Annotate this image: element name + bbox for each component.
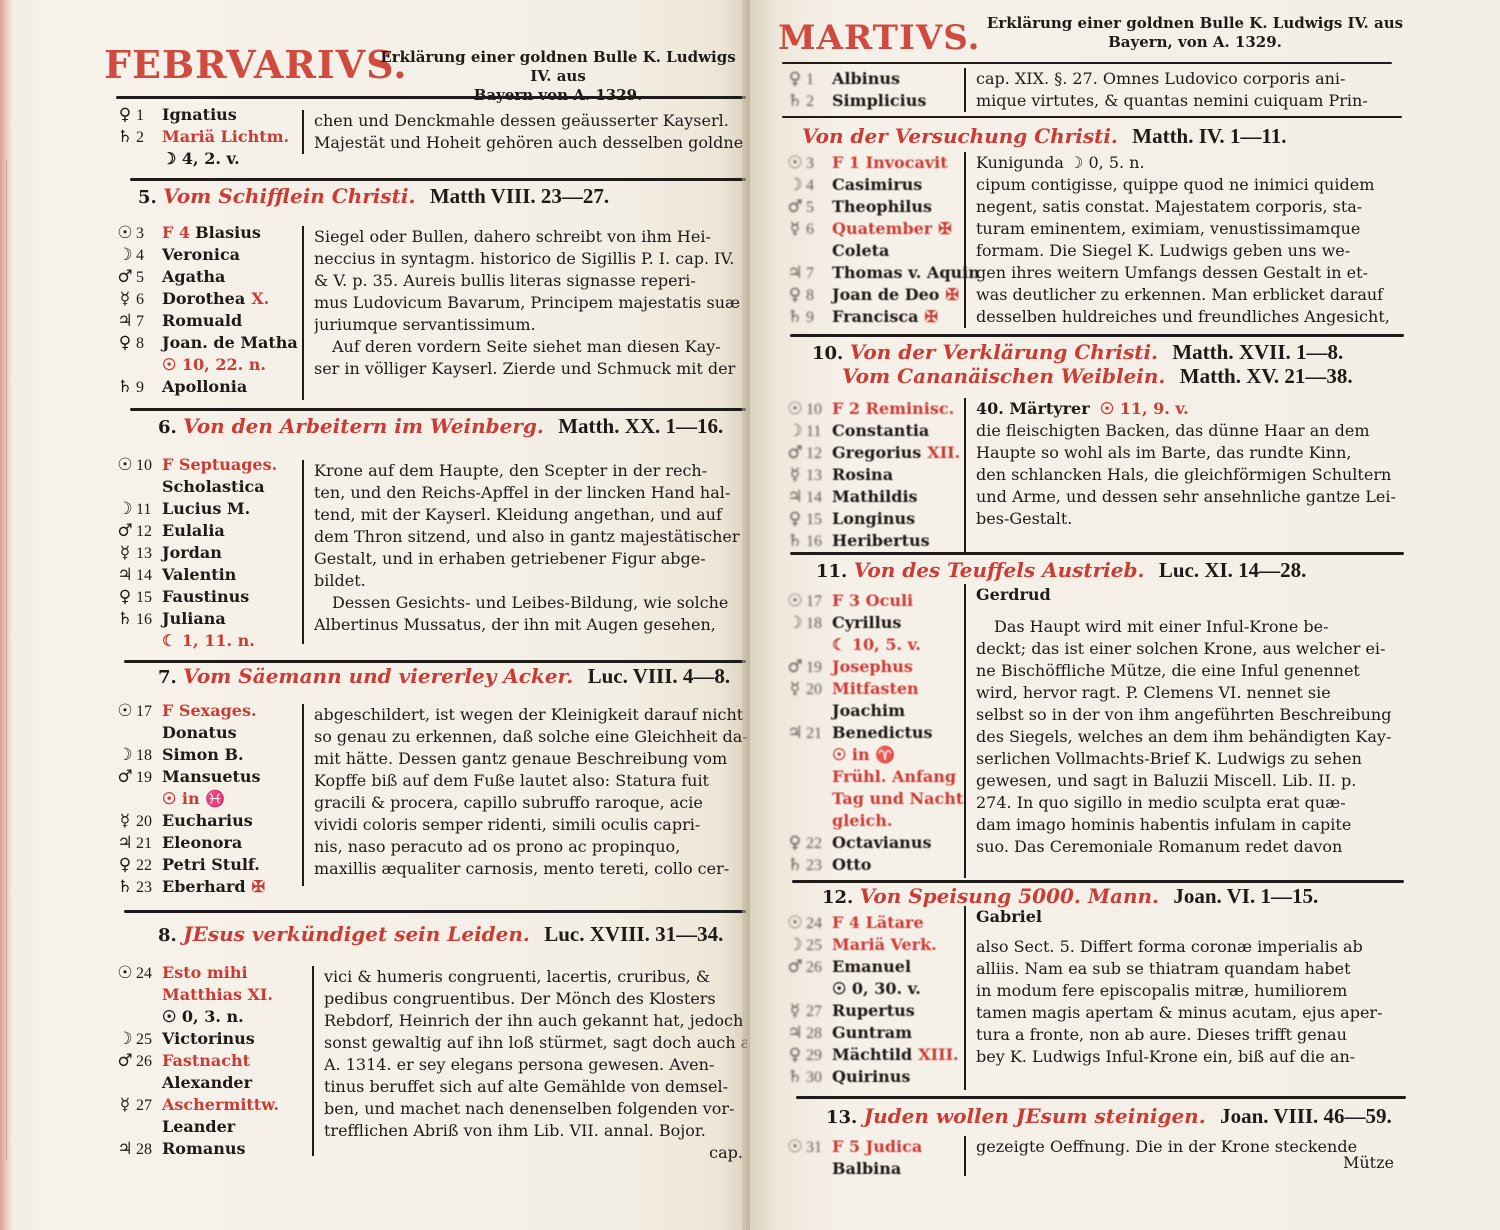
mercury-icon: ☿ xyxy=(784,218,806,240)
text-line: neccius in syntagm. historico de Sigilli… xyxy=(314,248,747,270)
day-list: ☉17F 3 Oculi ☽18Cyrillus ☾ 10, 5. v. ♂19… xyxy=(784,590,963,876)
text-line: dam imago hominis habentis infulam in ca… xyxy=(976,814,1404,836)
section-rule xyxy=(792,880,1404,883)
day-number: 11 xyxy=(806,421,832,443)
jupiter-icon: ♃ xyxy=(114,1138,136,1160)
day-number: 23 xyxy=(806,855,832,877)
moon-phase: ☉ 10, 22. n. xyxy=(162,354,266,376)
day-row: ♀8Joan. de Matha xyxy=(114,332,298,354)
saint-name: Gregorius xyxy=(832,442,921,464)
text-line: gracili & procera, capillo subruffo raro… xyxy=(314,792,747,814)
day-number: 27 xyxy=(806,1001,832,1023)
day-row: ☽4Veronica xyxy=(114,244,298,266)
saint-name: Agatha xyxy=(162,266,225,288)
sunday-heading: 7. Vom Säemann und viererley Acker. Luc.… xyxy=(158,664,730,690)
day-number: 6 xyxy=(136,289,162,311)
day-row: ☉10F 2 Reminisc. xyxy=(784,398,960,420)
cross-icon: ✠ xyxy=(252,876,265,898)
sun-icon: ☉ xyxy=(114,700,136,722)
text-line: alliis. Nam ea sub se thiatram quandam h… xyxy=(976,958,1404,980)
moon-icon: ☽ xyxy=(114,1028,136,1050)
moon-phase: ☉ 0, 3. n. xyxy=(162,1006,244,1028)
header-rule xyxy=(782,62,1392,64)
planet-saturn-icon: ♄ xyxy=(114,126,136,148)
saint-name: Scholastica xyxy=(162,476,265,498)
sunday-heading: 5. Vom Schifflein Christi. Matth VIII. 2… xyxy=(138,184,609,210)
text-line: 274. In quo sigillo in medio sculpta era… xyxy=(976,792,1404,814)
saint-name: Otto xyxy=(832,854,871,876)
text-line: ten, und den Reichs-Apffel in der lincke… xyxy=(314,482,747,504)
saint-name: Eleonora xyxy=(162,832,242,854)
feast-name: F 4 Lätare xyxy=(832,912,924,934)
saint-name: Veronica xyxy=(162,244,240,266)
jupiter-icon: ♃ xyxy=(114,310,136,332)
text-line: pedibus congruentibus. Der Mönch des Klo… xyxy=(324,988,747,1010)
feast-name: Fastnacht xyxy=(162,1050,250,1072)
zodiac-row: ☉ in ♈ xyxy=(784,744,963,766)
equinox-row: Tag und Nacht xyxy=(784,788,963,810)
day-number: 10 xyxy=(806,399,832,421)
day-row: ♃28Romanus xyxy=(114,1138,279,1160)
day-number: 21 xyxy=(136,833,162,855)
saint-name: Romuald xyxy=(162,310,242,332)
saint-name: Lucius M. xyxy=(162,498,250,520)
day-row: ☿20Eucharius xyxy=(114,810,265,832)
text-line: juriumque servantissimum. xyxy=(314,314,747,336)
day-list: ☉17F Sexages. Donatus ☽18Simon B. ♂19Man… xyxy=(114,700,265,898)
day-row: ☉24Esto mihi xyxy=(114,962,279,984)
day-number: 3 xyxy=(136,223,162,245)
saint-name: Heribertus xyxy=(832,530,930,552)
text-heading-line: 40. Märtyrer ☉ 11, 9. v. xyxy=(976,398,1404,420)
saint-name: Victorinus xyxy=(162,1028,255,1050)
section-rule xyxy=(790,552,1404,555)
text-line: Dessen Gesichts- und Leibes-Bildung, wie… xyxy=(314,592,747,614)
day-row: ♃28Guntram xyxy=(784,1022,959,1044)
day-number: 15 xyxy=(136,587,162,609)
gospel-title: Von der Verklärung Christi. xyxy=(850,340,1158,364)
saint-name: Constantia xyxy=(832,420,929,442)
saint-name: Quirinus xyxy=(832,1066,910,1088)
day-row: ♂19Mansuetus xyxy=(114,766,265,788)
text-column: vici & humeris congruenti, lacertis, cru… xyxy=(312,966,747,1156)
day-row: ☽18Cyrillus xyxy=(784,612,963,634)
day-list: ☉24F 4 Lätare ☽25Mariä Verk. ♂26Emanuel … xyxy=(784,912,959,1088)
day-number: 18 xyxy=(806,613,832,635)
saint-name-gertrud: Gerdrud xyxy=(976,584,1404,606)
saturn-icon: ♄ xyxy=(784,306,806,328)
venus-icon: ♀ xyxy=(114,854,136,876)
day-row: ♂26Fastnacht xyxy=(114,1050,279,1072)
day-list: ☉31F 5 Judica Balbina xyxy=(784,1136,922,1180)
day-row: ☉31F 5 Judica xyxy=(784,1136,922,1158)
day-number: 7 xyxy=(806,263,832,285)
saint-name: Simplicius xyxy=(832,90,926,112)
left-page-februarius: FEBRVARIVS. Erklärung einer goldnen Bull… xyxy=(0,0,750,1230)
text-line: cap. XIX. §. 27. Omnes Ludovico corporis… xyxy=(976,68,1404,90)
text-line: nis, naso peracuto ad os prono ac propin… xyxy=(314,836,747,858)
text-column: chen und Denckmahle dessen geäusserter K… xyxy=(302,110,747,154)
saint-name: Juliana xyxy=(162,608,226,630)
text-column: Gerdrud Das Haupt wird mit einer Inful-K… xyxy=(964,584,1404,878)
venus-icon: ♀ xyxy=(114,332,136,354)
day-row: Alexander xyxy=(114,1072,279,1094)
day-number: 22 xyxy=(806,833,832,855)
day-row: ♃14Valentin xyxy=(114,564,277,586)
moon-phase: ☉ 11, 9. v. xyxy=(1100,399,1189,418)
day-row: ♃14Mathildis xyxy=(784,486,960,508)
scripture-reference: Luc. VIII. 4—8. xyxy=(588,664,731,688)
text-line: bey K. Ludwigs Inful-Krone ein, biß auf … xyxy=(976,1046,1404,1068)
text-line: gezeigte Oeffnung. Die in der Krone stec… xyxy=(976,1136,1404,1158)
text-line: Das Haupt wird mit einer Inful-Krone be- xyxy=(976,616,1404,638)
page-edge-line xyxy=(6,160,7,1160)
saturn-icon: ♄ xyxy=(784,90,806,112)
zodiac-row: ☉ in ♓ xyxy=(114,788,265,810)
day-row: ♂5Agatha xyxy=(114,266,298,288)
jupiter-icon: ♃ xyxy=(784,486,806,508)
text-line: desselben huldreiches und freundliches A… xyxy=(976,306,1404,328)
day-number: 29 xyxy=(806,1045,832,1067)
jupiter-icon: ♃ xyxy=(114,832,136,854)
saint-name: Octavianus xyxy=(832,832,931,854)
jupiter-icon: ♃ xyxy=(784,262,806,284)
day-number: 28 xyxy=(136,1139,162,1161)
text-line: tura a fronte, non ab aure. Dieses triff… xyxy=(976,1024,1404,1046)
day-number: 24 xyxy=(136,963,162,985)
scripture-reference: Luc. XI. 14—28. xyxy=(1159,558,1307,582)
gospel-title: JEsus verkündiget sein Leiden. xyxy=(183,922,530,946)
day-row: Scholastica xyxy=(114,476,277,498)
text-line: cipum contigisse, quippe quod ne inimici… xyxy=(976,174,1404,196)
section-rule xyxy=(124,660,746,663)
saint-name-gabriel: Gabriel xyxy=(976,906,1404,928)
day-list: ☉10F Septuages. Scholastica ☽11Lucius M.… xyxy=(114,454,277,652)
text-line: turam eminentem, eximiam, venustissimamq… xyxy=(976,218,1404,240)
text-line: Kopffe biß auf dem Fuße lautet also: Sta… xyxy=(314,770,747,792)
gospel-title: Juden wollen JEsum steinigen. xyxy=(864,1104,1206,1128)
section-rule xyxy=(124,910,746,913)
saint-name: Blasius xyxy=(195,222,261,244)
day-number: 24 xyxy=(806,913,832,935)
venus-icon: ♀ xyxy=(114,586,136,608)
section-rule xyxy=(130,178,746,181)
text-line: chen und Denckmahle dessen geäusserter K… xyxy=(314,110,747,132)
day-list: ♀1Albinus ♄2Simplicius xyxy=(784,68,926,112)
day-note: XII. xyxy=(927,442,960,464)
sun-in-pisces: ☉ in ♓ xyxy=(162,788,225,810)
sunday-heading: 8. JEsus verkündiget sein Leiden. Luc. X… xyxy=(158,922,723,948)
martyrs-feast: 40. Märtyrer xyxy=(976,399,1090,418)
sunday-heading: 10. Von der Verklärung Christi. Matth. X… xyxy=(812,340,1343,366)
day-row: ☽18Simon B. xyxy=(114,744,265,766)
day-number: 28 xyxy=(806,1023,832,1045)
week-number: 13. xyxy=(826,1107,857,1128)
saint-name: Francisca xyxy=(832,306,918,328)
moon-icon: ☽ xyxy=(784,934,806,956)
saint-name: Petri Stulf. xyxy=(162,854,260,876)
gospel-title: Von des Teuffels Austrieb. xyxy=(854,558,1145,582)
feast-name: Quatember xyxy=(832,218,932,240)
month-title: FEBRVARIVS. xyxy=(104,42,407,87)
saint-name: Longinus xyxy=(832,508,915,530)
feast-name: Mariä Lichtm. xyxy=(162,126,289,148)
day-row: ☉10F Septuages. xyxy=(114,454,277,476)
text-line: die fleischigten Backen, das dünne Haar … xyxy=(976,420,1404,442)
saturn-icon: ♄ xyxy=(114,608,136,630)
equinox-row: gleich. xyxy=(784,810,963,832)
saint-name: Faustinus xyxy=(162,586,249,608)
saint-name: Ignatius xyxy=(162,104,237,126)
text-line: gewesen, und sagt in Baluzii Miscell. Li… xyxy=(976,770,1404,792)
equinox-note: Tag und Nacht xyxy=(832,788,963,810)
saint-name: Rosina xyxy=(832,464,893,486)
moon-phase-row: ☾ 10, 5. v. xyxy=(784,634,963,656)
text-line: Auf deren vordern Seite siehet man diese… xyxy=(314,336,747,358)
day-row: Coleta xyxy=(784,240,980,262)
text-line: wird, hervor ragt. P. Clemens VI. nennet… xyxy=(976,682,1404,704)
text-line: abgeschildert, ist wegen der Kleinigkeit… xyxy=(314,704,747,726)
day-row: ♀22Petri Stulf. xyxy=(114,854,265,876)
planet-venus-icon: ♀ xyxy=(114,104,136,126)
text-line: ser in völliger Kayserl. Zierde und Schm… xyxy=(314,358,747,380)
text-line: tamen magis apertam & minus acutam, ejus… xyxy=(976,1002,1404,1024)
day-row: ☽11Constantia xyxy=(784,420,960,442)
feast-name: F Sexages. xyxy=(162,700,257,722)
moon-phase: ☽ 4, 2. v. xyxy=(162,148,240,170)
day-row: ☽11Lucius M. xyxy=(114,498,277,520)
saint-name: Joan de Deo xyxy=(832,284,939,306)
day-row: ♀1Ignatius xyxy=(114,104,289,126)
day-row: ♀29MächtildXIII. xyxy=(784,1044,959,1066)
moon-phase: ☉ 0, 30. v. xyxy=(832,978,921,1000)
jupiter-icon: ♃ xyxy=(114,564,136,586)
day-number: 15 xyxy=(806,509,832,531)
moon-phase: ☾ 1, 11. n. xyxy=(162,630,255,652)
day-row: ♂12GregoriusXII. xyxy=(784,442,960,464)
day-row: ♄23Otto xyxy=(784,854,963,876)
text-line: Rebdorf, Heinrich der ihn auch gekannt h… xyxy=(324,1010,747,1032)
week-number: 11. xyxy=(816,561,847,582)
day-number: 25 xyxy=(806,935,832,957)
day-row: ☉17F Sexages. xyxy=(114,700,265,722)
week-number: 5. xyxy=(138,187,157,208)
day-number: 20 xyxy=(136,811,162,833)
sun-in-aries: ☉ in ♈ xyxy=(832,744,895,766)
feast-name: Matthias XI. xyxy=(162,984,273,1006)
day-number: 1 xyxy=(136,105,162,127)
gospel-title: Vom Säemann und viererley Acker. xyxy=(183,664,573,688)
text-line: mit hätte. Dessen gantz genaue Beschreib… xyxy=(314,748,747,770)
day-row: ♂12Eulalia xyxy=(114,520,277,542)
week-number: 12. xyxy=(822,887,853,908)
day-row: ♄2Simplicius xyxy=(784,90,926,112)
day-number: 4 xyxy=(806,175,832,197)
saint-name: Coleta xyxy=(832,240,889,262)
saint-name: Alexander xyxy=(162,1072,252,1094)
day-list: ☉10F 2 Reminisc. ☽11Constantia ♂12Gregor… xyxy=(784,398,960,552)
gospel-title: Von den Arbeitern im Weinberg. xyxy=(183,414,544,438)
sunday-heading: Von der Versuchung Christi. Matth. IV. 1… xyxy=(802,124,1286,148)
day-list: ♀1Ignatius ♄2Mariä Lichtm. ☽ 4, 2. v. xyxy=(114,104,289,170)
day-number: 10 xyxy=(136,455,162,477)
sun-icon: ☉ xyxy=(784,912,806,934)
venus-icon: ♀ xyxy=(784,832,806,854)
mars-icon: ♂ xyxy=(784,196,806,218)
saint-name: Eucharius xyxy=(162,810,253,832)
cross-icon: ✠ xyxy=(945,284,958,306)
feast-name: Mitfasten xyxy=(832,678,919,700)
scripture-reference: Matth. XV. 21—38. xyxy=(1180,364,1353,388)
subtitle-line-1: Erklärung einer goldnen Bulle K. Ludwigs… xyxy=(980,14,1410,33)
day-row: ♂26Emanuel xyxy=(784,956,959,978)
saint-name: Apollonia xyxy=(162,376,247,398)
gospel-title: Von der Versuchung Christi. xyxy=(802,124,1118,148)
saint-name: Benedictus xyxy=(832,722,933,744)
text-column: Krone auf dem Haupte, den Scepter in der… xyxy=(302,460,747,644)
text-line: formam. Die Siegel K. Ludwigs geben uns … xyxy=(976,240,1404,262)
saint-name: Joachim xyxy=(832,700,905,722)
equinox-note: gleich. xyxy=(832,810,892,832)
day-number: 8 xyxy=(806,285,832,307)
venus-icon: ♀ xyxy=(784,284,806,306)
mars-icon: ♂ xyxy=(784,656,806,678)
saint-name: Thomas v. Aquin xyxy=(832,262,980,284)
day-row: ☉17F 3 Oculi xyxy=(784,590,963,612)
month-title: MARTIVS. xyxy=(778,18,980,58)
day-number: 17 xyxy=(806,591,832,613)
saint-name: Cyrillus xyxy=(832,612,901,634)
feast-name: F 1 Invocavit xyxy=(832,152,948,174)
day-row: ♂5Theophilus xyxy=(784,196,980,218)
text-line: Gestalt, und in erhaben getriebener Figu… xyxy=(314,548,747,570)
text-line: Majestät und Hoheit gehören auch desselb… xyxy=(314,132,747,154)
mars-icon: ♂ xyxy=(784,442,806,464)
sun-icon: ☉ xyxy=(784,152,806,174)
day-row: ☿6DorotheaX. xyxy=(114,288,298,310)
saint-name: Emanuel xyxy=(832,956,911,978)
scripture-reference: Matth. IV. 1—11. xyxy=(1132,124,1286,148)
scripture-reference: Joan. VI. 1—15. xyxy=(1173,884,1318,908)
day-number: 4 xyxy=(136,245,162,267)
saint-name: Rupertus xyxy=(832,1000,915,1022)
day-number: 12 xyxy=(806,443,832,465)
mars-icon: ♂ xyxy=(114,266,136,288)
text-line: was deutlicher zu erkennen. Man erblicke… xyxy=(976,284,1404,306)
day-number: 5 xyxy=(806,197,832,219)
moon-icon: ☽ xyxy=(784,612,806,634)
text-line: maxillis æqualiter carnosis, mento teret… xyxy=(314,858,747,880)
text-column: Siegel oder Bullen, dahero schreibt von … xyxy=(302,226,747,400)
day-row: Leander xyxy=(114,1116,279,1138)
mars-icon: ♂ xyxy=(114,520,136,542)
text-column: Gabriel also Sect. 5. Differt forma coro… xyxy=(964,906,1404,1090)
moon-icon: ☽ xyxy=(114,244,136,266)
feast-name: F Septuages. xyxy=(162,454,277,476)
scripture-reference: Matth VIII. 23—27. xyxy=(430,184,609,208)
day-number: 20 xyxy=(806,679,832,701)
section-rule xyxy=(790,334,1404,337)
sun-icon: ☉ xyxy=(114,454,136,476)
moon-phase: ☾ 10, 5. v. xyxy=(832,634,921,656)
saint-name: Mathildis xyxy=(832,486,918,508)
day-row: ♄23Eberhard✠ xyxy=(114,876,265,898)
saint-name: Mansuetus xyxy=(162,766,261,788)
day-number: 19 xyxy=(806,657,832,679)
day-row: ♄2Mariä Lichtm. xyxy=(114,126,289,148)
week-number: 6. xyxy=(158,417,177,438)
cross-icon: ✠ xyxy=(924,306,937,328)
scripture-reference: Matth. XVII. 1—8. xyxy=(1172,340,1343,364)
saint-name: Simon B. xyxy=(162,744,244,766)
day-row: Matthias XI. xyxy=(114,984,279,1006)
gospel-title: Vom Cananäischen Weiblein. xyxy=(842,364,1165,388)
day-number: 8 xyxy=(136,333,162,355)
text-line: Albertinus Mussatus, der ihn mit Augen g… xyxy=(314,614,747,636)
sun-icon: ☉ xyxy=(784,1136,806,1158)
day-number: 7 xyxy=(136,311,162,333)
feast-name: Mariä Verk. xyxy=(832,934,937,956)
day-row: ☿13Rosina xyxy=(784,464,960,486)
saint-name: Albinus xyxy=(832,68,900,90)
day-number: 19 xyxy=(136,767,162,789)
text-column: 40. Märtyrer ☉ 11, 9. v. die fleischigte… xyxy=(964,398,1404,552)
text-line: gen ihres weitern Umfangs dessen Gestalt… xyxy=(976,262,1404,284)
text-line: Krone auf dem Haupte, den Scepter in der… xyxy=(314,460,747,482)
saint-name: Dorothea xyxy=(162,288,245,310)
text-line: negent, satis constat. Majestatem corpor… xyxy=(976,196,1404,218)
saint-name: Joan. de Matha xyxy=(162,332,298,354)
gospel-title: Vom Schifflein Christi. xyxy=(163,184,415,208)
day-row: ♄9Apollonia xyxy=(114,376,298,398)
day-number: 22 xyxy=(136,855,162,877)
text-line: ne Bischöffliche Mütze, die eine Inful g… xyxy=(976,660,1404,682)
day-row: ☿27Aschermittw. xyxy=(114,1094,279,1116)
equinox-row: Frühl. Anfang xyxy=(784,766,963,788)
moon-phase-row: ☽ 4, 2. v. xyxy=(114,148,289,170)
venus-icon: ♀ xyxy=(784,68,806,90)
saturn-icon: ♄ xyxy=(784,1066,806,1088)
moon-phase-row: ☉ 10, 22. n. xyxy=(114,354,298,376)
day-row: Balbina xyxy=(784,1158,922,1180)
cross-icon: ✠ xyxy=(938,218,951,240)
day-number: 9 xyxy=(136,377,162,399)
day-row: ☿20Mitfasten xyxy=(784,678,963,700)
mars-icon: ♂ xyxy=(114,766,136,788)
mercury-icon: ☿ xyxy=(114,810,136,832)
text-line: vividi coloris semper ridenti, simili oc… xyxy=(314,814,747,836)
month-subtitle: Erklärung einer goldnen Bulle K. Ludwigs… xyxy=(980,14,1410,52)
text-line: Haupte so wohl als im Barte, das rundte … xyxy=(976,442,1404,464)
day-row: ♄9Francisca✠ xyxy=(784,306,980,328)
day-row: ☽4Casimirus xyxy=(784,174,980,196)
text-line: selbst so in der von ihm angeführten Bes… xyxy=(976,704,1404,726)
day-row: ☿6Quatember✠ xyxy=(784,218,980,240)
day-row: ♂19Josephus xyxy=(784,656,963,678)
text-line: und Arme, und dessen sehr ansehnliche ga… xyxy=(976,486,1404,508)
feast-name: F 5 Judica xyxy=(832,1136,922,1158)
feast-name: Aschermittw. xyxy=(162,1094,279,1116)
day-number: 26 xyxy=(136,1051,162,1073)
day-number: 9 xyxy=(806,307,832,329)
text-line: des Siegels, welches an dem ihm behändig… xyxy=(976,726,1404,748)
jupiter-icon: ♃ xyxy=(784,1022,806,1044)
day-number: 26 xyxy=(806,957,832,979)
day-number: 14 xyxy=(806,487,832,509)
sun-icon: ☉ xyxy=(114,962,136,984)
sun-icon: ☉ xyxy=(784,590,806,612)
mercury-icon: ☿ xyxy=(114,288,136,310)
